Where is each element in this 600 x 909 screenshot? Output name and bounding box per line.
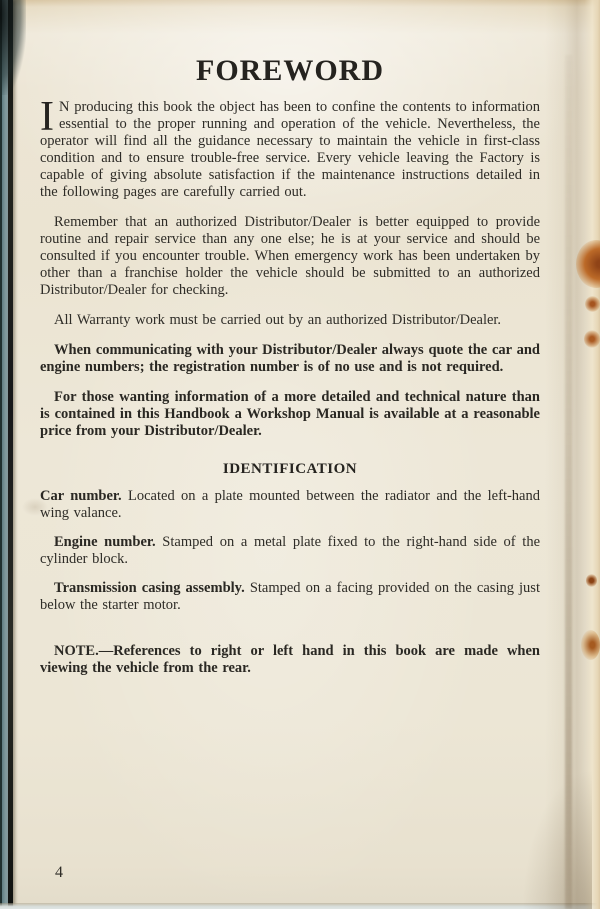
page-title: FOREWORD (40, 54, 540, 88)
foreword-paragraph-1-text: N producing this book the object has bee… (40, 99, 540, 200)
drop-cap: I (40, 99, 59, 133)
identification-item-engine-number: Engine number. Stamped on a metal plate … (40, 534, 540, 568)
foreword-paragraph-1: IN producing this book the object has be… (40, 99, 540, 201)
scanned-page: FOREWORD IN producing this book the obje… (0, 0, 600, 909)
page-edge-shadow (8, 0, 13, 909)
bottom-page-edge (0, 903, 600, 909)
transmission-label: Transmission casing assembly. (54, 580, 245, 596)
workshop-manual-paragraph: For those wanting information of a more … (40, 389, 540, 440)
communicating-paragraph: When communicating with your Distributor… (40, 342, 540, 376)
bottom-right-shadow (522, 769, 592, 909)
identification-heading: IDENTIFICATION (40, 461, 540, 478)
page-number: 4 (55, 864, 63, 882)
warranty-paragraph: All Warranty work must be carried out by… (40, 312, 540, 329)
identification-item-car-number: Car number. Located on a plate mounted b… (40, 488, 540, 522)
identification-item-transmission: Transmission casing assembly. Stamped on… (40, 580, 540, 614)
spine-corner-blot (0, 0, 26, 95)
foreword-paragraph-2: Remember that an authorized Distributor/… (40, 214, 540, 299)
engine-number-label: Engine number. (54, 534, 156, 550)
note-paragraph: NOTE.—References to right or left hand i… (40, 643, 540, 677)
car-number-label: Car number. (40, 488, 122, 504)
page-body: FOREWORD IN producing this book the obje… (40, 0, 540, 677)
